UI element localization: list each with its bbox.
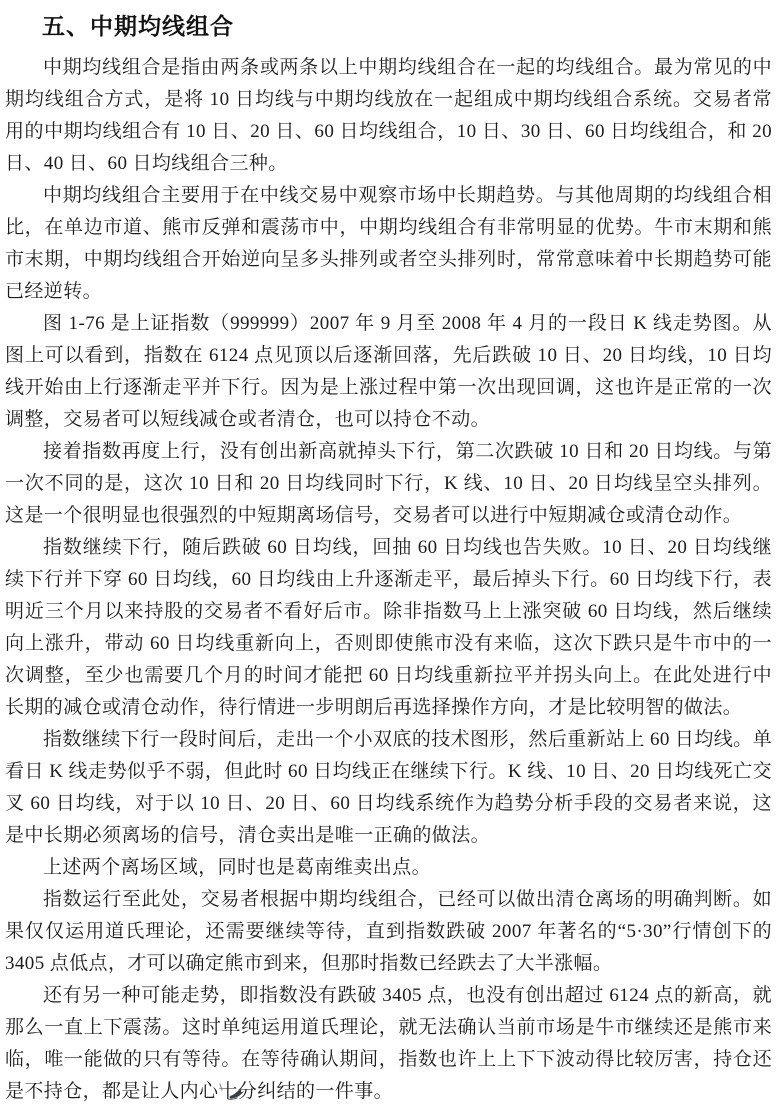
paragraph-chart-ref: 图 1-76 是上证指数（999999）2007 年 9 月至 2008 年 4… bbox=[5, 308, 772, 436]
body-text: 中期均线组合是指由两条或两条以上中期均线组合在一起的均线组合。最为常见的中期均线… bbox=[5, 52, 772, 1108]
paragraph-double-bottom: 指数继续下行一段时间后，走出一个小双底的技术图形，然后重新站上 60 日均线。单… bbox=[5, 724, 772, 852]
paragraph-intro: 中期均线组合是指由两条或两条以上中期均线组合在一起的均线组合。最为常见的中期均线… bbox=[5, 52, 772, 180]
document-page: 五、中期均线组合 中期均线组合是指由两条或两条以上中期均线组合在一起的均线组合。… bbox=[0, 0, 777, 1114]
paragraph-alternative: 还有另一种可能走势，即指数没有跌破 3405 点，也没有创出超过 6124 点的… bbox=[5, 980, 772, 1108]
paragraph-granville: 上述两个离场区域，同时也是葛南维卖出点。 bbox=[5, 852, 772, 884]
paragraph-second-break: 接着指数再度上行，没有创出新高就掉头下行，第二次跌破 10 日和 20 日均线。… bbox=[5, 436, 772, 532]
paragraph-dow-theory: 指数运行至此处，交易者根据中期均线组合，已经可以做出清仓离场的明确判断。如果仅仅… bbox=[5, 884, 772, 980]
paragraph-60ma-break: 指数继续下行，随后跌破 60 日均线，回抽 60 日均线也告失败。10 日、20… bbox=[5, 532, 772, 724]
section-title: 五、中期均线组合 bbox=[42, 10, 772, 42]
paragraph-purpose: 中期均线组合主要用于在中线交易中观察市场中长期趋势。与其他周期的均线组合相比，在… bbox=[5, 180, 772, 308]
